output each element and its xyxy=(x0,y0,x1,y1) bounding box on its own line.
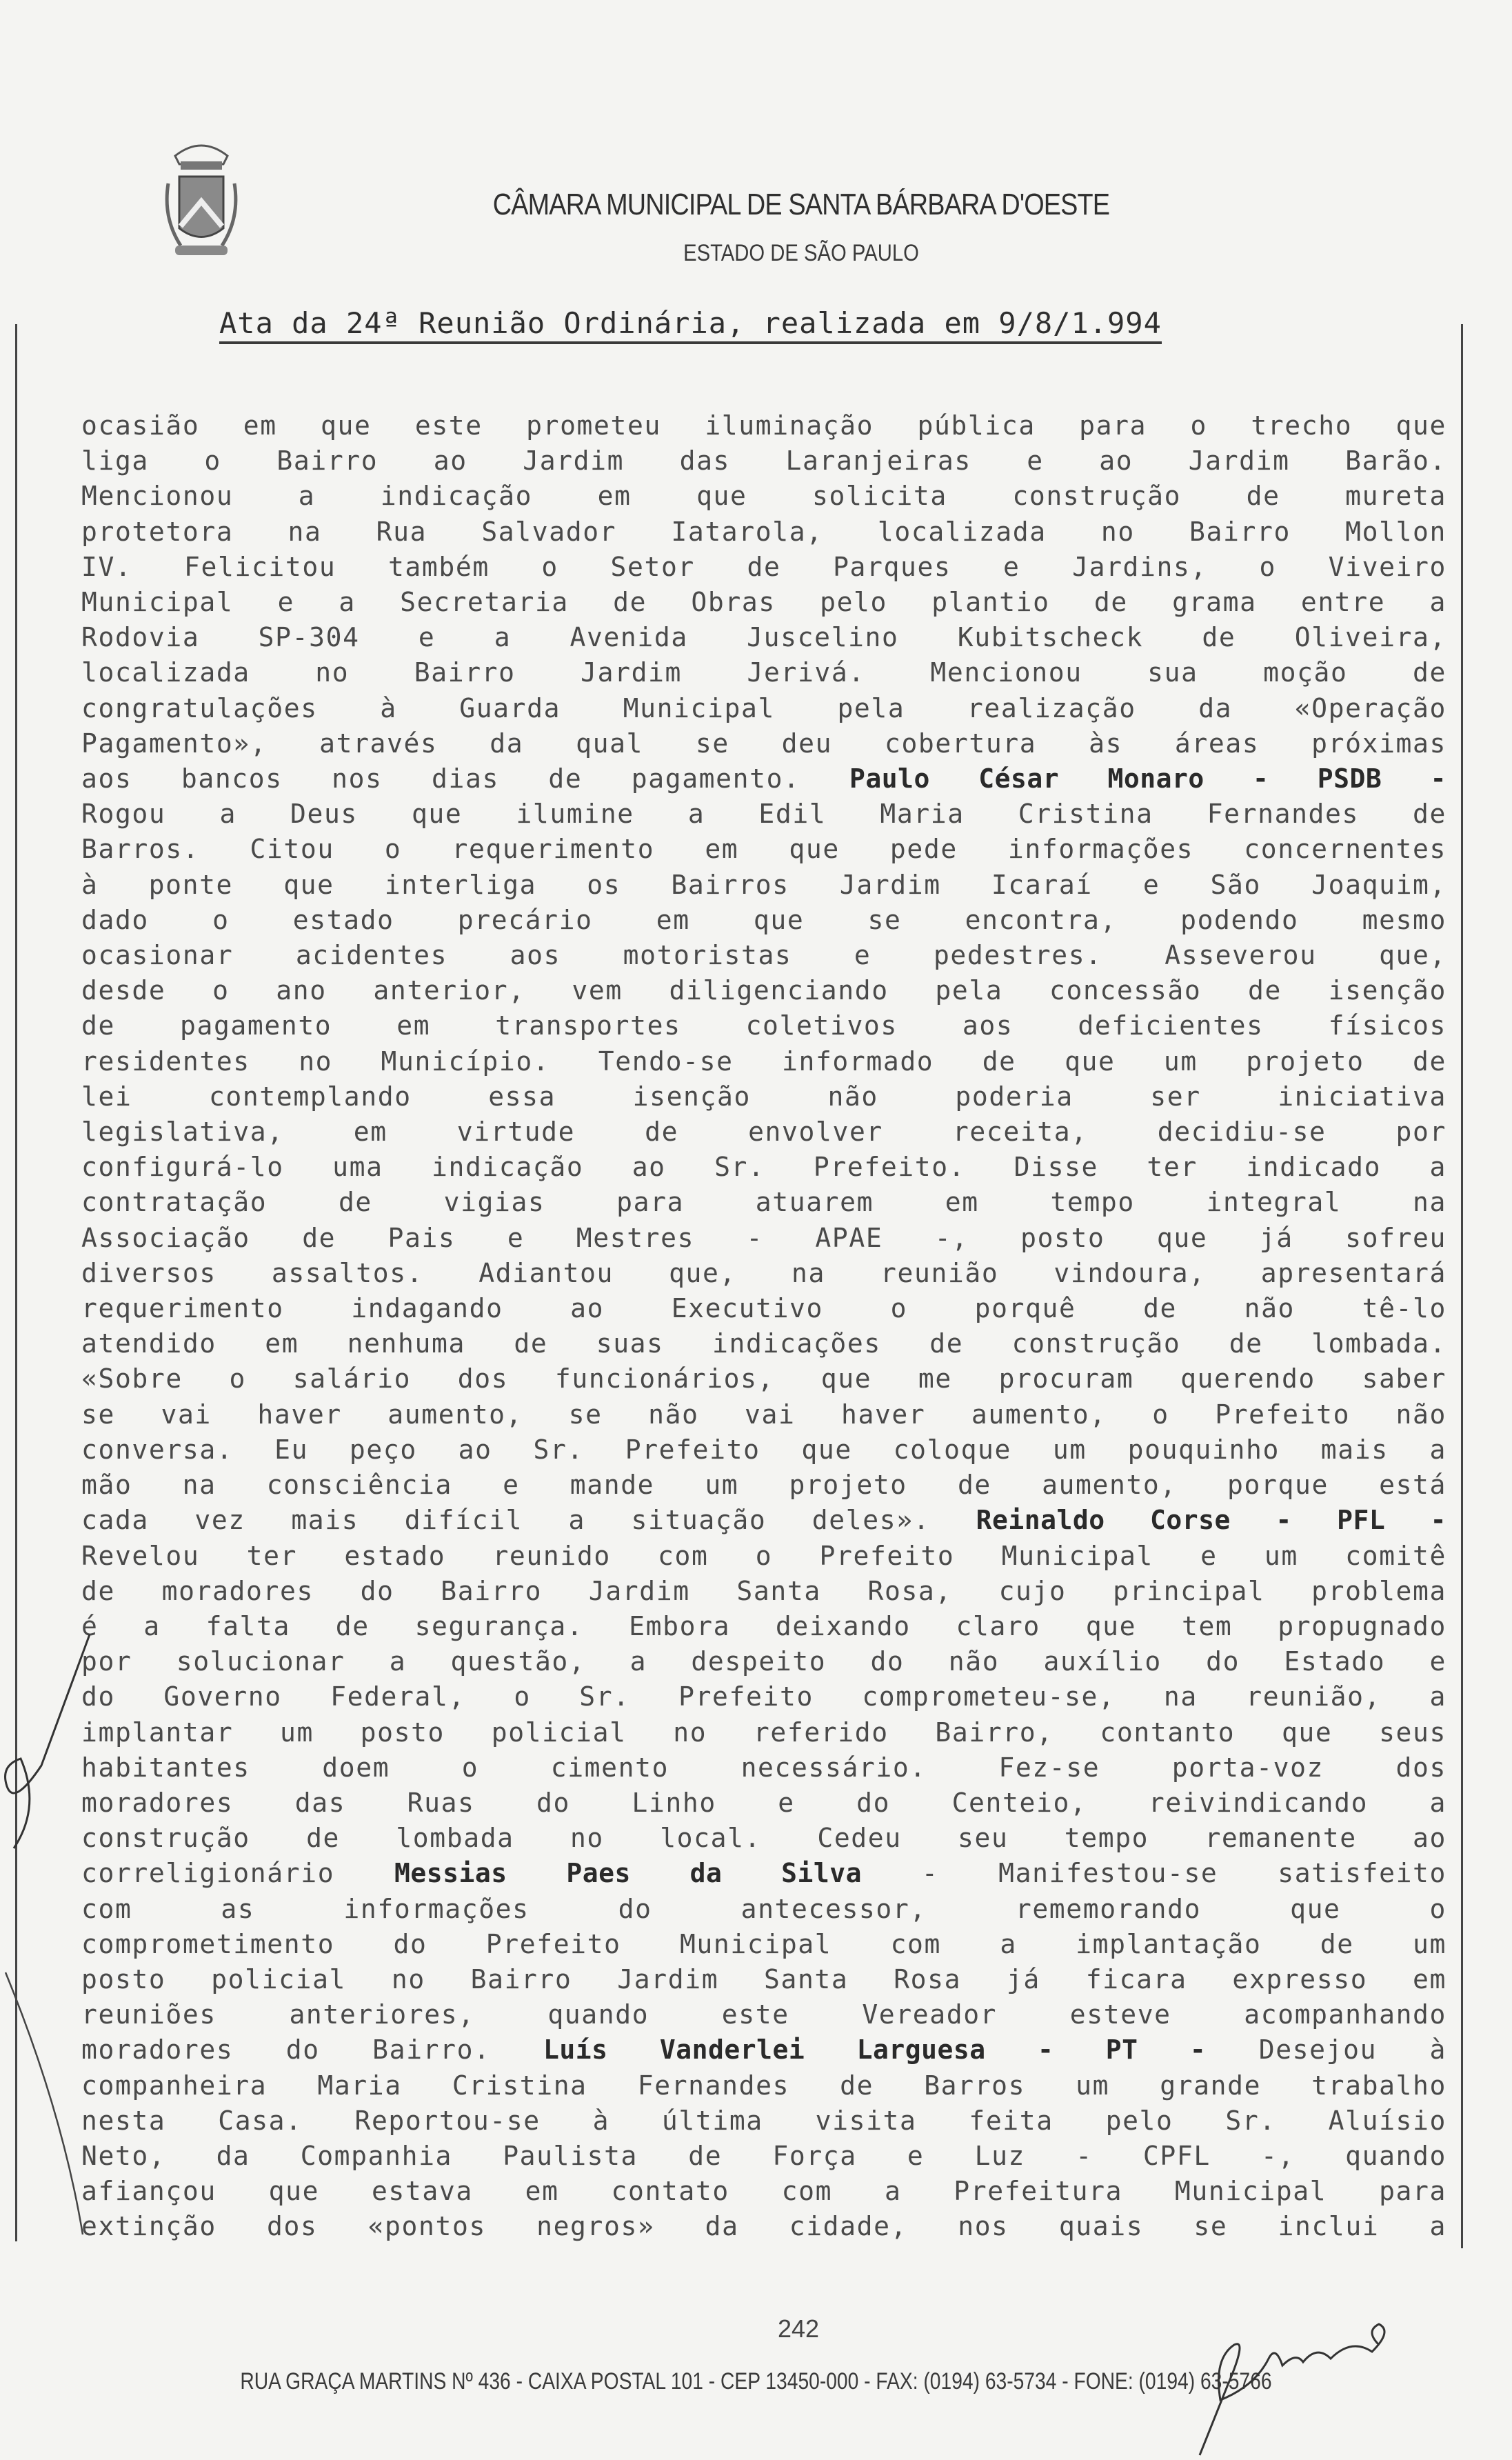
body-line: dado o estado precário em que se encontr… xyxy=(81,903,1447,938)
speaker-name: Reinaldo Corse - PFL - xyxy=(976,1505,1447,1535)
body-line: requerimento indagando ao Executivo o po… xyxy=(81,1291,1447,1326)
body-line: liga o Bairro ao Jardim das Laranjeiras … xyxy=(81,443,1447,479)
body-line: implantar um posto policial no referido … xyxy=(81,1715,1447,1750)
speaker-name: Messias Paes da Silva xyxy=(394,1858,862,1888)
body-line: comprometimento do Prefeito Municipal co… xyxy=(81,1927,1447,1962)
body-line: Pagamento», através da qual se deu cober… xyxy=(81,726,1447,761)
footer-address: RUA GRAÇA MARTINS Nº 436 - CAIXA POSTAL … xyxy=(128,2368,1383,2395)
body-line-with-speaker: aos bancos nos dias de pagamento. Paulo … xyxy=(81,761,1447,797)
body-line: reuniões anteriores, quando este Vereado… xyxy=(81,1997,1447,2032)
body-line: legislativa, em virtude de envolver rece… xyxy=(81,1114,1447,1150)
body-line: desde o ano anterior, vem diligenciando … xyxy=(81,973,1447,1008)
document-page: CÂMARA MUNICIPAL DE SANTA BÁRBARA D'OEST… xyxy=(0,0,1512,2460)
body-line: residentes no Município. Tendo-se inform… xyxy=(81,1044,1447,1079)
speaker-name: Paulo César Monaro - PSDB - xyxy=(849,763,1447,794)
body-line: de pagamento em transportes coletivos ao… xyxy=(81,1008,1447,1043)
body-line: à ponte que interliga os Bairros Jardim … xyxy=(81,868,1447,903)
body-line-with-speaker: correligionário Messias Paes da Silva - … xyxy=(81,1856,1447,1891)
body-line: Rogou a Deus que ilumine a Edil Maria Cr… xyxy=(81,797,1447,832)
body-line: se vai haver aumento, se não vai haver a… xyxy=(81,1397,1447,1432)
body-line: afiançou que estava em contato com a Pre… xyxy=(81,2174,1447,2209)
body-line: Revelou ter estado reunido com o Prefeit… xyxy=(81,1539,1447,1574)
organization-name: CÂMARA MUNICIPAL DE SANTA BÁRBARA D'OEST… xyxy=(112,188,1413,222)
minutes-body: ocasião em que este prometeu iluminação … xyxy=(81,408,1447,2245)
state-name: ESTADO DE SÃO PAULO xyxy=(112,240,1413,267)
body-line: diversos assaltos. Adiantou que, na reun… xyxy=(81,1256,1447,1291)
body-line: ocasião em que este prometeu iluminação … xyxy=(81,408,1447,443)
body-line: mão na consciência e mande um projeto de… xyxy=(81,1468,1447,1503)
body-line: por solucionar a questão, a despeito do … xyxy=(81,1644,1447,1679)
body-line: extinção dos «pontos negros» da cidade, … xyxy=(81,2209,1447,2244)
body-line: do Governo Federal, o Sr. Prefeito compr… xyxy=(81,1679,1447,1714)
page-number: 242 xyxy=(778,2314,819,2343)
body-line: Municipal e a Secretaria de Obras pelo p… xyxy=(81,585,1447,620)
body-line: companheira Maria Cristina Fernandes de … xyxy=(81,2068,1447,2103)
body-line: Rodovia SP-304 e a Avenida Juscelino Kub… xyxy=(81,620,1447,655)
body-line: localizada no Bairro Jardim Jerivá. Menc… xyxy=(81,655,1447,690)
speaker-name: Luís Vanderlei Larguesa - PT - xyxy=(543,2034,1206,2065)
body-line: moradores das Ruas do Linho e do Centeio… xyxy=(81,1786,1447,1821)
body-line: posto policial no Bairro Jardim Santa Ro… xyxy=(81,1962,1447,1997)
body-line: Associação de Pais e Mestres - APAE -, p… xyxy=(81,1221,1447,1256)
body-line: contratação de vigias para atuarem em te… xyxy=(81,1185,1447,1220)
body-line: protetora na Rua Salvador Iatarola, loca… xyxy=(81,514,1447,550)
body-line: com as informações do antecessor, rememo… xyxy=(81,1892,1447,1927)
body-line-with-speaker: cada vez mais difícil a situação deles».… xyxy=(81,1503,1447,1538)
body-line: Neto, da Companhia Paulista de Força e L… xyxy=(81,2139,1447,2174)
body-line: «Sobre o salário dos funcionários, que m… xyxy=(81,1361,1447,1397)
body-line: conversa. Eu peço ao Sr. Prefeito que co… xyxy=(81,1432,1447,1468)
minutes-title: Ata da 24ª Reunião Ordinária, realizada … xyxy=(219,306,1162,344)
body-line: lei contemplando essa isenção não poderi… xyxy=(81,1079,1447,1114)
body-line: habitantes doem o cimento necessário. Fe… xyxy=(81,1750,1447,1786)
body-line: Mencionou a indicação em que solicita co… xyxy=(81,479,1447,514)
body-line: é a falta de segurança. Embora deixando … xyxy=(81,1609,1447,1644)
body-line: nesta Casa. Reportou-se à última visita … xyxy=(81,2103,1447,2139)
body-line: IV. Felicitou também o Setor de Parques … xyxy=(81,550,1447,585)
body-line-with-speaker: moradores do Bairro. Luís Vanderlei Larg… xyxy=(81,2032,1447,2068)
body-line: configurá-lo uma indicação ao Sr. Prefei… xyxy=(81,1150,1447,1185)
body-line: construção de lombada no local. Cedeu se… xyxy=(81,1821,1447,1856)
right-margin-rule xyxy=(1461,324,1463,2248)
body-line: atendido em nenhuma de suas indicações d… xyxy=(81,1326,1447,1361)
left-margin-rule xyxy=(15,324,17,2241)
body-line: de moradores do Bairro Jardim Santa Rosa… xyxy=(81,1574,1447,1609)
body-line: congratulações à Guarda Municipal pela r… xyxy=(81,691,1447,726)
body-line: Barros. Citou o requerimento em que pede… xyxy=(81,832,1447,867)
body-line: ocasionar acidentes aos motoristas e ped… xyxy=(81,938,1447,973)
